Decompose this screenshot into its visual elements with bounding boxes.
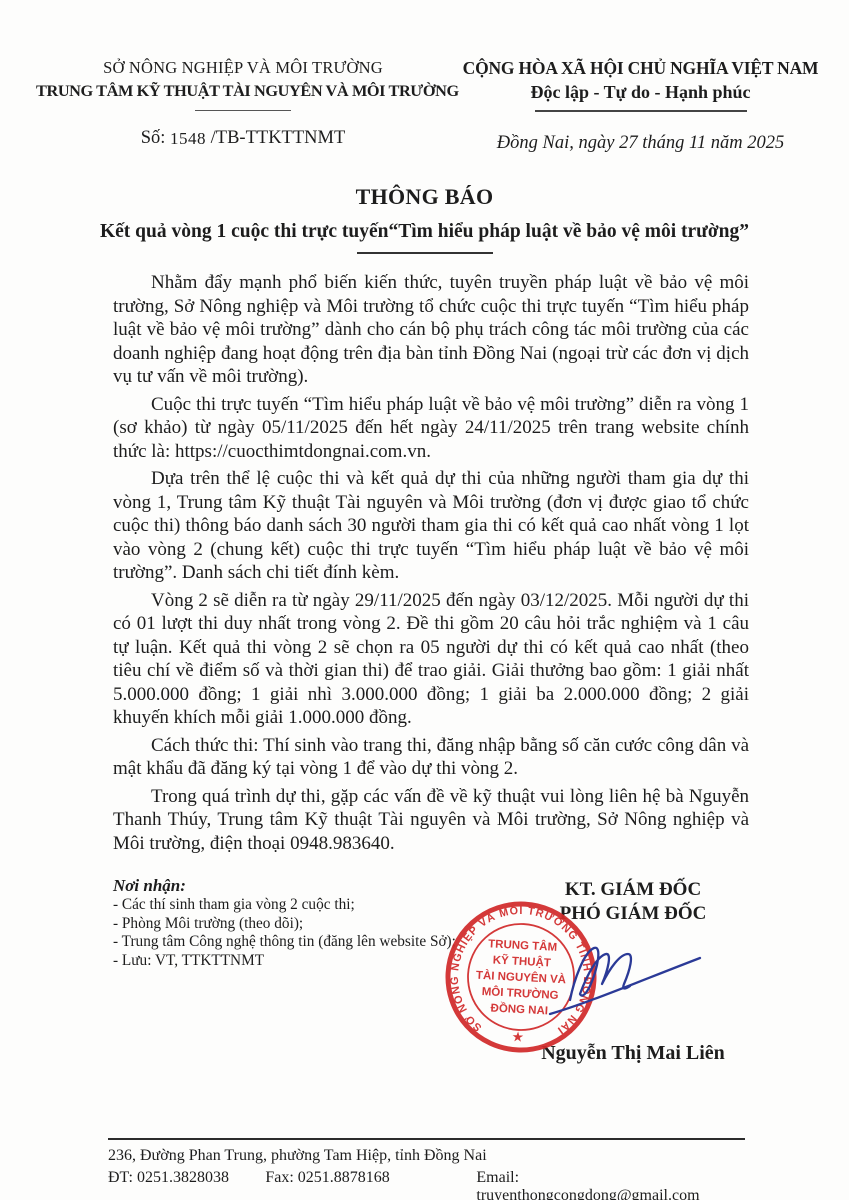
issuing-org-block: SỞ NÔNG NGHIỆP VÀ MÔI TRƯỜNG TRUNG TÂM K… <box>36 58 450 154</box>
place-and-date: Đồng Nai, ngày 27 tháng 11 năm 2025 <box>450 133 831 154</box>
document-number-label: Số: <box>141 128 166 148</box>
document-page: SỞ NÔNG NGHIỆP VÀ MÔI TRƯỜNG TRUNG TÂM K… <box>0 0 849 1200</box>
country-name: CỘNG HÒA XÃ HỘI CHỦ NGHĨA VIỆT NAM <box>450 58 831 79</box>
signature-ink <box>540 928 710 1023</box>
document-footer: 236, Đường Phan Trung, phường Tam Hiệp, … <box>108 1138 745 1200</box>
footer-phone: ĐT: 0251.3828038 <box>108 1169 265 1187</box>
footer-address: 236, Đường Phan Trung, phường Tam Hiệp, … <box>108 1147 745 1165</box>
body-paragraph: Dựa trên thể lệ cuộc thi và kết quả dự t… <box>113 467 749 585</box>
footer-fax: Fax: 0251.8878168 <box>265 1169 476 1187</box>
footer-contacts: ĐT: 0251.3828038 Fax: 0251.8878168 Email… <box>108 1169 745 1200</box>
body-paragraph: Nhằm đẩy mạnh phổ biến kiến thức, tuyên … <box>113 271 749 389</box>
document-number-suffix: /TB-TTKTTNMT <box>211 128 346 148</box>
recipient-item: - Lưu: VT, TTKTTNMT <box>113 952 473 971</box>
national-motto: Độc lập - Tự do - Hạnh phúc <box>450 82 831 103</box>
document-header: SỞ NÔNG NGHIỆP VÀ MÔI TRƯỜNG TRUNG TÂM K… <box>36 58 831 154</box>
recipients-label: Nơi nhận: <box>113 876 473 896</box>
body-paragraph: Cuộc thi trực tuyến “Tìm hiểu pháp luật … <box>113 393 749 464</box>
footer-email: Email: truyenthongcongdong@gmail.com <box>476 1169 745 1200</box>
title-divider-line <box>357 252 493 254</box>
signature-letters-stroke <box>570 948 631 1000</box>
parent-org-name: SỞ NÔNG NGHIỆP VÀ MÔI TRƯỜNG <box>36 58 450 78</box>
motto-divider-line <box>535 110 747 112</box>
body-paragraph: Cách thức thi: Thí sinh vào trang thi, đ… <box>113 734 749 781</box>
document-subject: Kết quả vòng 1 cuộc thi trực tuyến“Tìm h… <box>0 221 849 243</box>
document-number-value: 1548 <box>170 129 206 148</box>
national-header-block: CỘNG HÒA XÃ HỘI CHỦ NGHĨA VIỆT NAM Độc l… <box>450 58 831 154</box>
body-paragraph: Trong quá trình dự thi, gặp các vấn đề v… <box>113 785 749 856</box>
body-paragraph: Vòng 2 sẽ diễn ra từ ngày 29/11/2025 đến… <box>113 589 749 730</box>
issuing-org-name: TRUNG TÂM KỸ THUẬT TÀI NGUYÊN VÀ MÔI TRƯ… <box>36 81 450 101</box>
title-block: THÔNG BÁO Kết quả vòng 1 cuộc thi trực t… <box>0 184 849 254</box>
document-type-heading: THÔNG BÁO <box>0 184 849 210</box>
recipients-block: Nơi nhận: - Các thí sinh tham gia vòng 2… <box>113 876 473 970</box>
recipient-item: - Các thí sinh tham gia vòng 2 cuộc thi; <box>113 896 473 915</box>
org-divider-line <box>195 110 291 111</box>
document-number: Số: 1548 /TB-TTKTTNMT <box>36 128 450 149</box>
recipient-item: - Phòng Môi trường (theo dõi); <box>113 915 473 934</box>
recipient-item: - Trung tâm Công nghệ thông tin (đăng lê… <box>113 933 473 952</box>
seal-star-icon: ★ <box>512 1030 524 1045</box>
document-body: Nhằm đẩy mạnh phổ biến kiến thức, tuyên … <box>113 271 749 859</box>
